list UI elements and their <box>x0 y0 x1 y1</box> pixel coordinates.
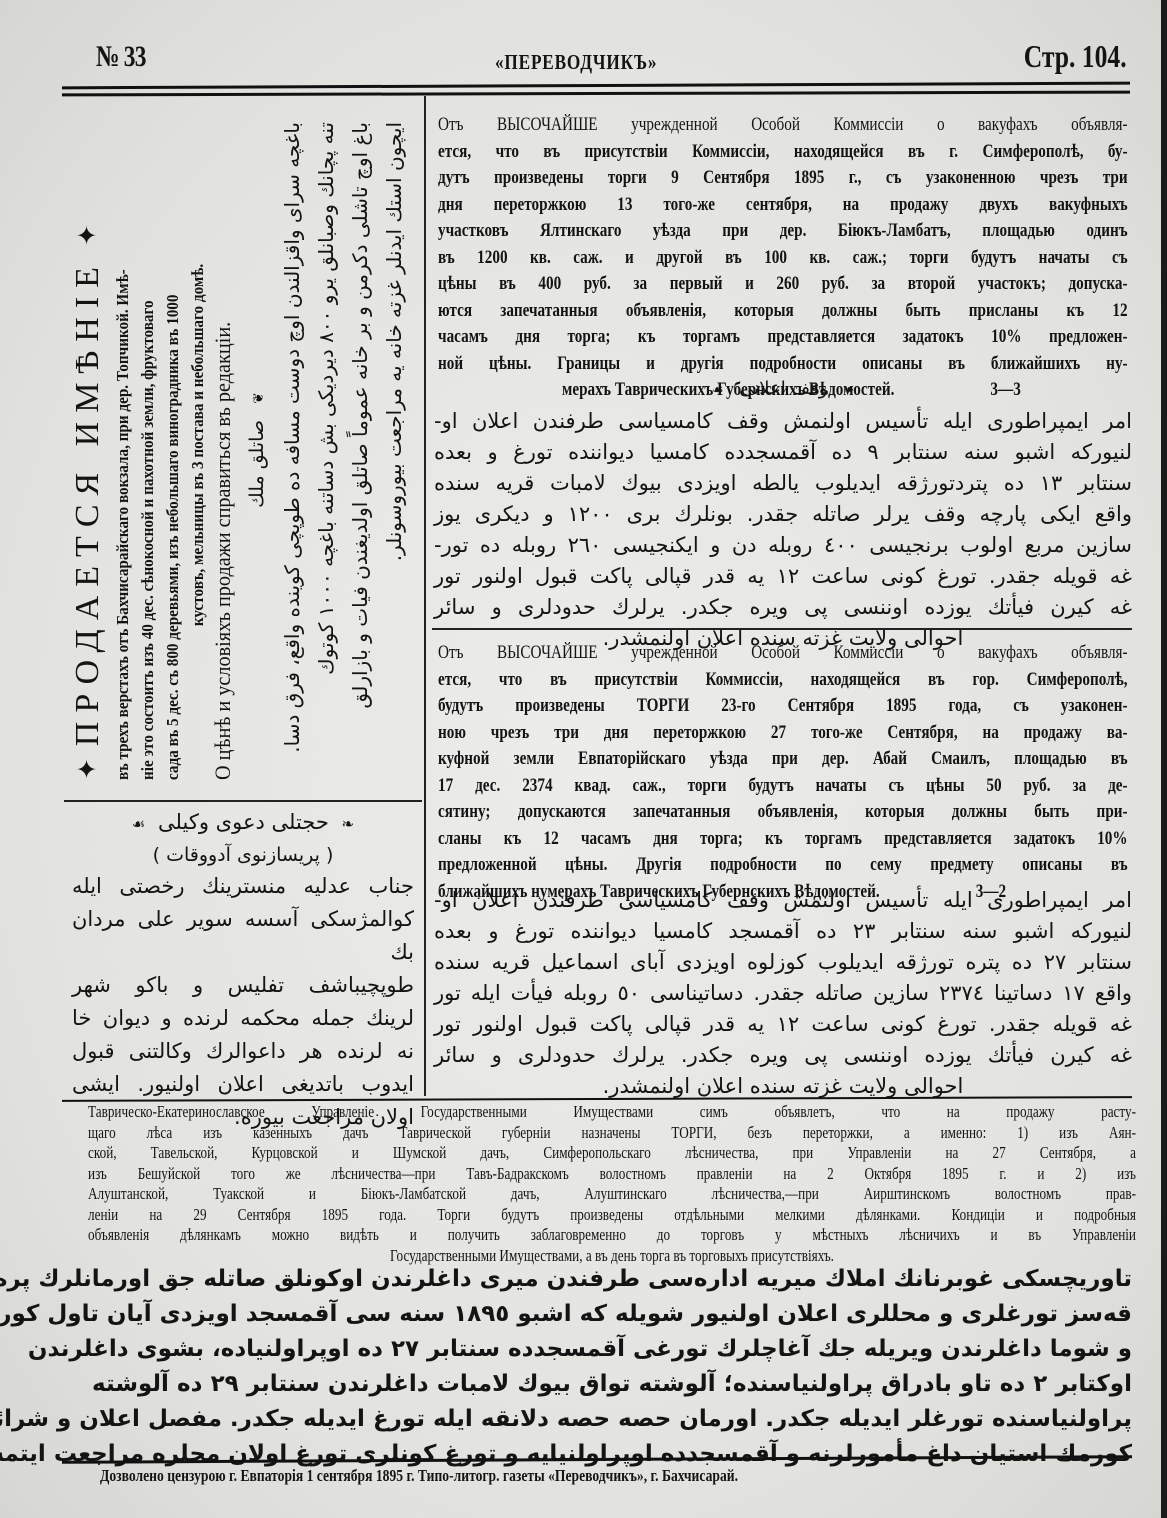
estate-sale-inquiry: О цѣнѣ и условіяхъ продажи справиться въ… <box>210 164 235 780</box>
arabic-line: تاوریچسکی غوبرنانك املاك میریه ادارەسی ط… <box>92 1262 1132 1297</box>
estate-sale-title: ✦ ПРОДАЕТСЯ ИМѢНІЕ ✦ <box>66 110 110 780</box>
arabic-line: غه کیرن فیأتك یوزده اوننسی پی ویره جکدر.… <box>434 592 1132 623</box>
notice-line: ется, что въ присутствіи Коммиссіи, нахо… <box>438 667 1128 694</box>
forest-sale-notice-arabic: تاوریچسکی غوبرنانك املاك میریه ادارەسی ط… <box>92 1262 1132 1472</box>
ornament-icon: ☙ <box>132 815 145 833</box>
notice-line: щаго лѣса изъ казенныхъ дачъ Таврической… <box>88 1123 1136 1144</box>
notice-line: ются запечатанныя объявленія, которыя до… <box>438 298 1128 325</box>
lawyer-ad-line: طوپچیباشف تفلیس و باکو شهر <box>66 969 420 1002</box>
forest-sale-notice: Таврическо-Екатеринославское Управленіе … <box>88 1102 1138 1266</box>
arabic-line: غه قویله جقدر. تورغ کونی ساعت ۱۲ یه قدر … <box>434 1009 1132 1040</box>
ornament-icon: ❦ <box>251 392 267 404</box>
notice-line: сятину; допускаются запечатанныя объявле… <box>438 799 1128 826</box>
arabic-line: لنیورکه اشبو سنه سنتابر ۲۳ ده آقمسجد کام… <box>434 916 1132 947</box>
arabic-line: واقع ۱۷ دساتینا ۲۳۷٤ سازین صاتله جقدر. د… <box>434 978 1132 1009</box>
lawyer-ad-line: جناب عدلیه منسترینك رخصتی ایله <box>66 870 420 903</box>
notice-line: куфной земли Евпаторійскаго уѣзда при де… <box>438 746 1128 773</box>
arabic-line: غه قویله جقدر. تورغ کونی ساعت ۱۲ یه قدر … <box>434 561 1132 592</box>
estate-sale-arabic-title: ❦ صاتلق ملك <box>241 110 275 780</box>
estate-sale-line: ніе это состоитъ изъ 40 дес. сѣнокосной … <box>135 164 160 780</box>
notice-line: Алуштанской, Туакской и Біюкъ-Ламбатской… <box>88 1184 1136 1205</box>
waqf-notice-2-arabic: امر ایمپراطوری ایله تأسیس اولنمش وقف کام… <box>434 885 1132 1102</box>
notice-line: ною чрезъ три дня переторжкою 27 того-же… <box>438 720 1128 747</box>
lawyer-ad: ❧ حجتلی دعوی وکیلی ☙ ( پریسازنوی آدووقات… <box>66 806 420 1134</box>
notice-line: леніи на 29 Сентября 1895 года. Торги бу… <box>88 1205 1136 1226</box>
notice-line: въ 1200 кв. саж. и другой въ 100 кв. саж… <box>438 245 1128 272</box>
notice-line: 17 дес. 2374 квад. саж., торги будутъ на… <box>438 773 1128 800</box>
estate-sale-ad: ✦ ПРОДАЕТСЯ ИМѢНІЕ ✦ въ трехъ верстахъ о… <box>62 100 422 790</box>
notice-line: дутъ произведены торги 9 Сентября 1895 г… <box>438 165 1128 192</box>
header-rule <box>62 82 1130 90</box>
ornament-icon: ✦ <box>66 758 110 780</box>
ornament-icon: ❧ <box>843 383 854 398</box>
lawyer-ad-line: کوالمژسکی آسسه سویر علی مردان بك <box>66 903 420 969</box>
lawyer-ad-subheading: ( پریسازنوی آدووقات ) <box>66 840 420 870</box>
notice-line: изъ Бешуйской того же лѣсничества—при Та… <box>88 1164 1136 1185</box>
ornament-icon: ☙ <box>712 383 724 398</box>
newspaper-page: № 33 «ПЕРЕВОДЧИКЪ» Стр. 104. ✦ ПРОДАЕТСЯ… <box>0 0 1167 1518</box>
lawyer-ad-line: لرینك جمله محکمه لرنده و دیوان خا <box>66 1002 420 1035</box>
estate-sale-arabic-line: ایچون استك ایدنلر غزته خانه یه مراجعت بی… <box>377 110 411 780</box>
arabic-line: امر ایمپراطوری ایله تأسیس اولنمش وقف کام… <box>434 406 1132 437</box>
estate-sale-line: сада въ 5 дес. съ 800 деревьями, изъ неб… <box>160 164 185 780</box>
lawyer-ad-line: نه لرنده هر داعوالرك وکالتنی قبول <box>66 1035 420 1068</box>
notice-line: Таврическо-Екатеринославское Управленіе … <box>88 1102 1136 1123</box>
notice-line: дня переторжкою 13 того-же сентября, на … <box>438 192 1128 219</box>
notice-line: объявленія дѣлянкамъ можно видѣть и полу… <box>88 1225 1136 1246</box>
page-number: Стр. 104. <box>1024 38 1127 75</box>
notice-line: предложенной цѣны. Другія подробности по… <box>438 852 1128 879</box>
lawyer-ad-line: ایدوب باتدیغی اعلان اولنیور. ایشی <box>66 1068 420 1101</box>
estate-sale-arabic-line: تنه پچانك وصبانلق یرو ۸۰۰ دیردیکی بش دسا… <box>309 110 343 780</box>
waqf-notice-1-arabic: ❧ وقف اعلانی ☙ امر ایمپراطوری ایله تأسیس… <box>434 374 1132 654</box>
notice-line: ской, Тавельской, Курцовской и Шумской д… <box>88 1143 1136 1164</box>
section-divider <box>64 800 422 802</box>
scan-edge <box>1161 0 1167 1518</box>
notice-line: цѣны въ 400 руб. за первый и 260 руб. за… <box>438 271 1128 298</box>
notice-line: ется, что въ присутствіи Коммиссіи, нахо… <box>438 139 1128 166</box>
notice-line: будутъ произведены ТОРГИ 23-го Сентября … <box>438 693 1128 720</box>
newspaper-title: «ПЕРЕВОДЧИКЪ» <box>495 50 657 75</box>
notice-line: часамъ дня торга; къ торгамъ представляе… <box>438 324 1128 351</box>
arabic-line: پراولنیاسنده تورغلر ایدیله جکدر. اورمان … <box>92 1402 1132 1437</box>
notice-line: сланы къ 12 часамъ дня торга; къ торгамъ… <box>438 826 1128 853</box>
arabic-line: سازین مربع اولوب برنجیسی ٤٠٠ روبله دن و … <box>434 530 1132 561</box>
waqf-notice-1: Отъ ВЫСОЧАЙШЕ учрежденной Особой Коммисс… <box>438 112 1128 404</box>
estate-sale-line: въ трехъ верстахъ отъ Бахчисарайскаго во… <box>110 164 135 780</box>
notice-line: Отъ ВЫСОЧАЙШЕ учрежденной Особой Коммисс… <box>438 640 1128 667</box>
notice-line: участковъ Ялтинскаго уѣзда при дер. Біюк… <box>438 218 1128 245</box>
arabic-line: سنتابر ۲۷ ده پتره تورژقه ایدیلوب کوزلوه … <box>434 947 1132 978</box>
arabic-line: قەسز تورغلری و محللری اعلان اولنیور شویل… <box>92 1297 1132 1332</box>
censorship-imprint: Дозволено цензурою г. Евпаторія 1 сентяб… <box>100 1466 1140 1486</box>
ornament-icon: ❧ <box>342 815 355 833</box>
section-divider <box>432 628 1132 630</box>
arabic-line: واقع ایکی پارچه وقف یرلر صاتله جقدر. بون… <box>434 499 1132 530</box>
arabic-line: غه کیرن فیأتك یوزده اوننسی پی ویره جکدر.… <box>434 1040 1132 1071</box>
arabic-line: سنتابر ۱۳ ده پتردتورژقه ایدیلوب یالطه او… <box>434 468 1132 499</box>
arabic-line: و شوما داغلرندن ویریله جك آغاچلرك تورغی … <box>92 1332 1132 1367</box>
column-divider <box>424 96 426 1096</box>
arabic-line: اوکتابر ۲ ده تاو بادراق پراولنیاسنده؛ آل… <box>92 1367 1132 1402</box>
notice-line: Отъ ВЫСОЧАЙШЕ учрежденной Особой Коммисс… <box>438 112 1128 139</box>
estate-sale-line: кустовъ, мельницы въ 3 постава и небольш… <box>185 137 210 753</box>
estate-sale-arabic-line: باغ اوچ تاشلی دکرمن و بر خانه عموماً صات… <box>343 110 377 780</box>
waqf-notice-2: Отъ ВЫСОЧАЙШЕ учрежденной Особой Коммисс… <box>438 640 1128 905</box>
lawyer-ad-heading: ❧ حجتلی دعوی وکیلی ☙ <box>66 806 420 840</box>
ornament-icon: ✦ <box>66 224 110 246</box>
header-rule <box>62 91 1130 97</box>
waqf-notice-arabic-title: ❧ وقف اعلانی ☙ <box>434 374 1132 406</box>
arabic-line: لنیورکه اشبو سنه سنتابر ۹ ده آقمسجدده کا… <box>434 437 1132 468</box>
estate-sale-arabic-line: باغچه سرای واقزالندن اوچ دوست مسافه ده ط… <box>275 110 309 780</box>
issue-number: № 33 <box>96 40 146 74</box>
arabic-line: امر ایمپراطوری ایله تأسیس اولنمش وقف کام… <box>434 885 1132 916</box>
